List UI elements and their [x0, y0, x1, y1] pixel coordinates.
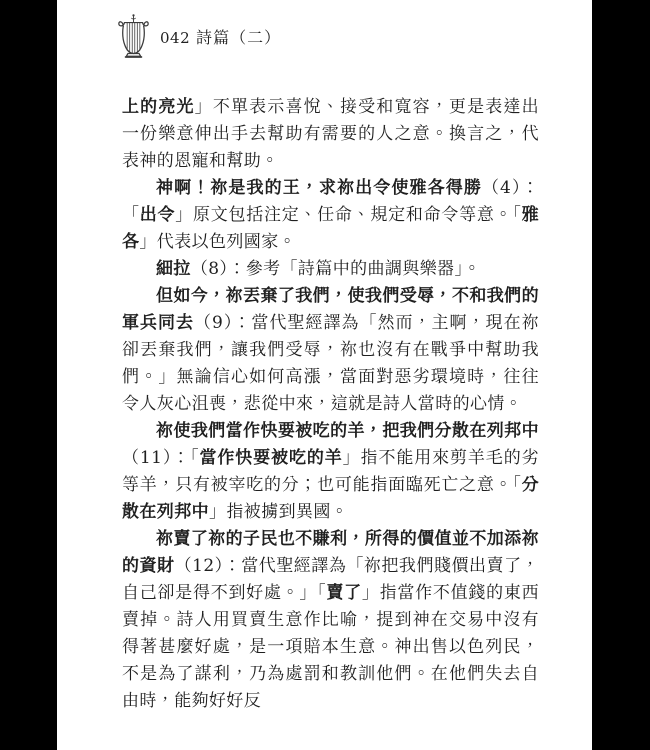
page-header: 042詩篇（二） — [116, 13, 281, 59]
book-title: 詩篇（二） — [196, 28, 281, 47]
lyre-icon — [116, 13, 151, 59]
body-text: 」指被擄到異國。 — [209, 502, 348, 522]
body-text: 」原文包括注定、任命、規定和命令等意。「 — [175, 205, 521, 225]
body-text: （11）：「 — [122, 448, 200, 468]
emphasis-text: 神啊！祢是我的王，求祢出令使雅各得勝 — [156, 178, 482, 198]
emphasis-text: 賣了 — [326, 583, 362, 603]
emphasis-text: 上的亮光 — [122, 97, 195, 117]
body-text: 」代表以色列國家。 — [139, 232, 296, 252]
paragraph: 祢使我們當作快要被吃的羊，把我們分散在列邦中（11）：「當作快要被吃的羊」指不能… — [122, 418, 539, 526]
scanned-book-spread: 042詩篇（二） 上的亮光」不單表示喜悅、接受和寬容，更是表達出一份樂意伸出手去… — [0, 0, 650, 750]
page-number: 042 — [160, 29, 190, 47]
emphasis-text: 祢使我們當作快要被吃的羊，把我們分散在列邦中 — [156, 421, 539, 441]
paragraph: 上的亮光」不單表示喜悅、接受和寬容，更是表達出一份樂意伸出手去幫助有需要的人之意… — [122, 94, 539, 175]
body-text: （8）：參考「詩篇中的曲調與樂器」。 — [191, 259, 481, 279]
paragraph: 祢賣了祢的子民也不賺利，所得的價值並不加添祢的資財（12）：當代聖經譯為「祢把我… — [122, 526, 539, 715]
paragraph: 細拉（8）：參考「詩篇中的曲調與樂器」。 — [122, 256, 539, 283]
running-head: 042詩篇（二） — [160, 25, 281, 48]
paragraph: 但如今，祢丟棄了我們，使我們受辱，不和我們的軍兵同去（9）：當代聖經譯為「然而，… — [122, 283, 539, 418]
emphasis-text: 出令 — [140, 205, 176, 225]
paragraph: 神啊！祢是我的王，求祢出令使雅各得勝（4）：「出令」原文包括注定、任命、規定和命… — [122, 175, 539, 256]
emphasis-text: 細拉 — [156, 259, 191, 279]
emphasis-text: 當作快要被吃的羊 — [200, 448, 343, 468]
commentary-text: 上的亮光」不單表示喜悅、接受和寬容，更是表達出一份樂意伸出手去幫助有需要的人之意… — [122, 94, 539, 715]
book-page: 042詩篇（二） 上的亮光」不單表示喜悅、接受和寬容，更是表達出一份樂意伸出手去… — [57, 0, 592, 750]
